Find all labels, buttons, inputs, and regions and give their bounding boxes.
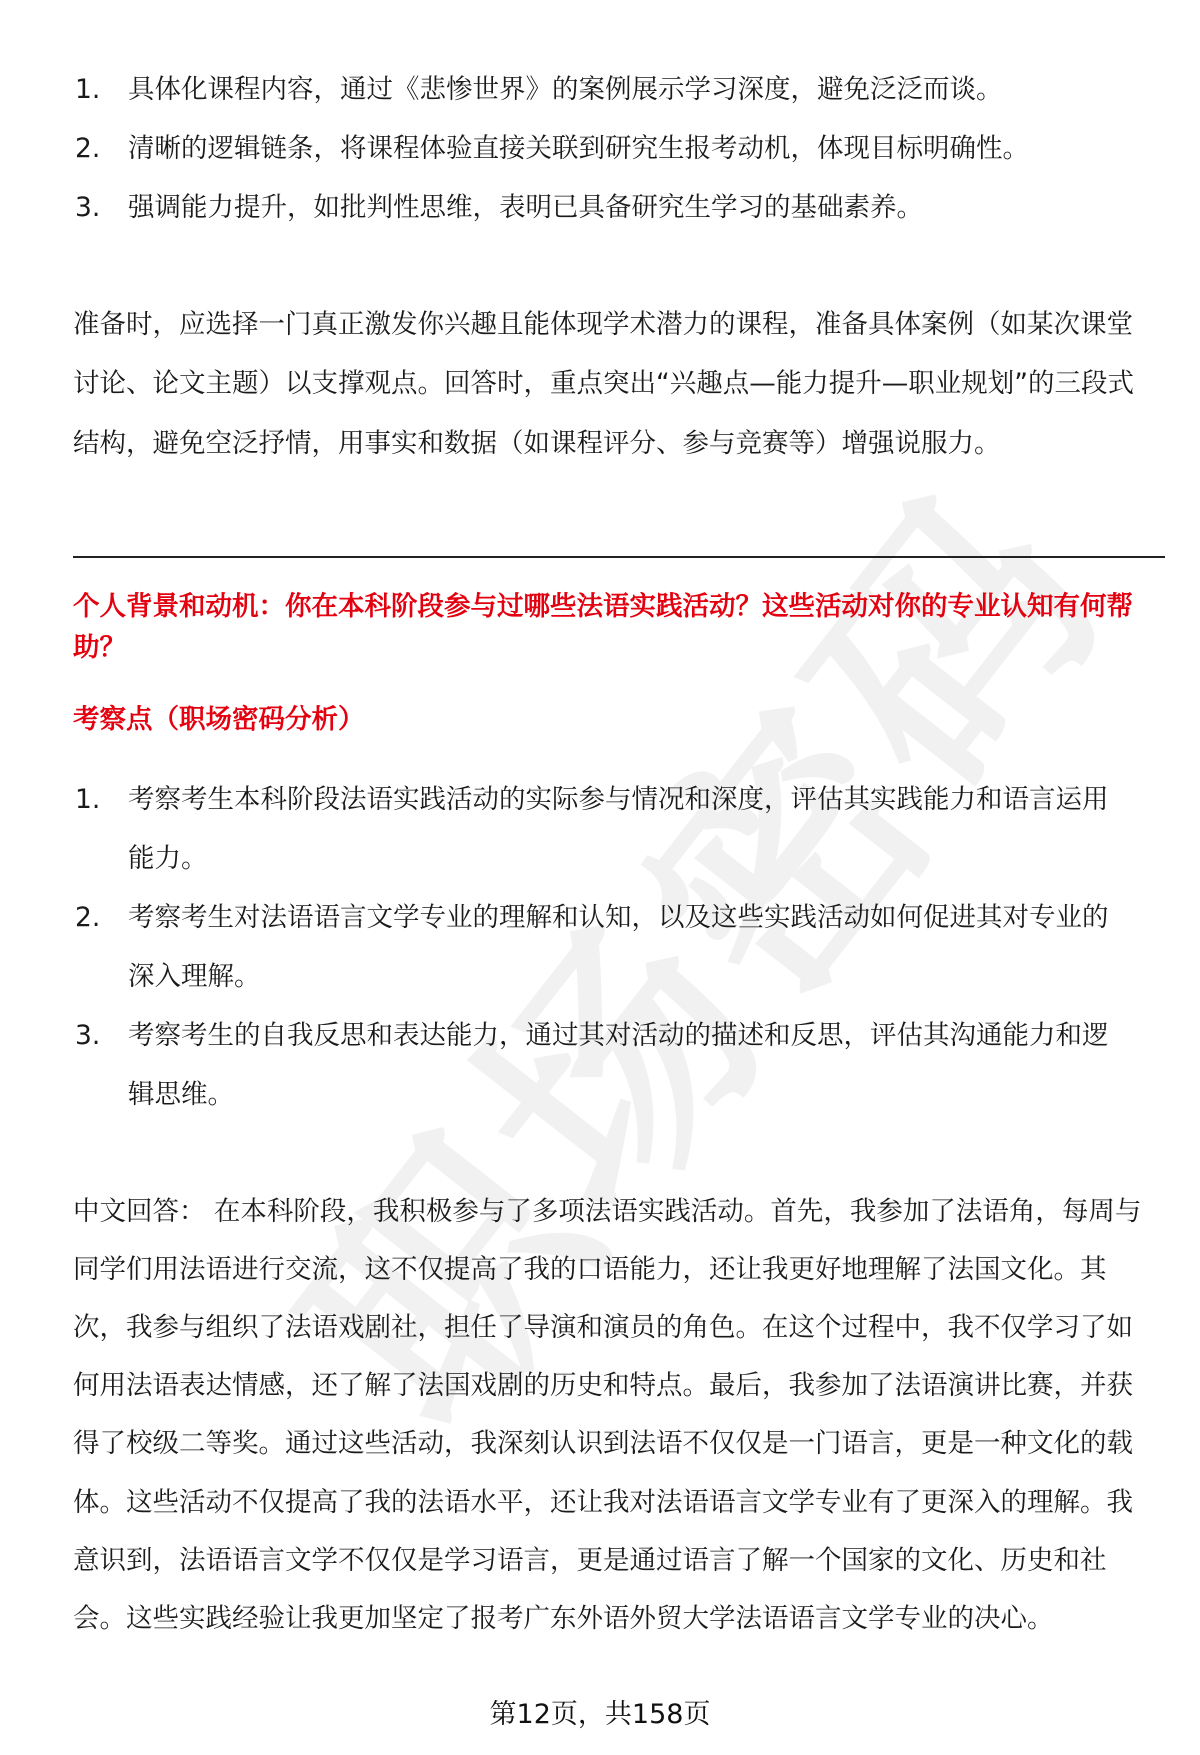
list-item: 1. 具体化课程内容，通过《悲惨世界》的案例展示学习深度，避免泛泛而谈。 bbox=[73, 60, 1128, 119]
list-number: 3. bbox=[75, 178, 100, 237]
list-item: 2. 考察考生对法语语言文学专业的理解和认知，以及这些实践活动如何促进其对专业的… bbox=[73, 888, 1128, 1006]
analysis-subheading: 考察点（职场密码分析） bbox=[73, 700, 365, 740]
list-item: 1. 考察考生本科阶段法语实践活动的实际参与情况和深度，评估其实践能力和语言运用… bbox=[73, 770, 1128, 888]
list-item-text: 具体化课程内容，通过《悲惨世界》的案例展示学习深度，避免泛泛而谈。 bbox=[128, 74, 1003, 105]
list-item: 3. 考察考生的自我反思和表达能力，通过其对活动的描述和反思，评估其沟通能力和逻… bbox=[73, 1006, 1128, 1124]
list-item: 2. 清晰的逻辑链条，将课程体验直接关联到研究生报考动机，体现目标明确性。 bbox=[73, 119, 1128, 178]
page-number-footer: 第12页，共158页 bbox=[0, 1692, 1200, 1731]
analysis-points-list: 1. 考察考生本科阶段法语实践活动的实际参与情况和深度，评估其实践能力和语言运用… bbox=[73, 770, 1128, 1124]
list-number: 1. bbox=[75, 770, 100, 829]
list-item-text: 考察考生本科阶段法语实践活动的实际参与情况和深度，评估其实践能力和语言运用能力。 bbox=[128, 784, 1109, 874]
chinese-answer-paragraph: 中文回答： 在本科阶段，我积极参与了多项法语实践活动。首先，我参加了法语角，每周… bbox=[73, 1183, 1148, 1649]
section-divider bbox=[73, 556, 1165, 558]
list-item-text: 考察考生对法语语言文学专业的理解和认知，以及这些实践活动如何促进其对专业的深入理… bbox=[128, 902, 1109, 992]
list-item-text: 清晰的逻辑链条，将课程体验直接关联到研究生报考动机，体现目标明确性。 bbox=[128, 133, 1029, 164]
intro-numbered-list: 1. 具体化课程内容，通过《悲惨世界》的案例展示学习深度，避免泛泛而谈。 2. … bbox=[73, 60, 1128, 237]
list-number: 2. bbox=[75, 888, 100, 947]
list-number: 3. bbox=[75, 1006, 100, 1065]
list-item-text: 强调能力提升，如批判性思维，表明已具备研究生学习的基础素养。 bbox=[128, 192, 923, 223]
list-item: 3. 强调能力提升，如批判性思维，表明已具备研究生学习的基础素养。 bbox=[73, 178, 1128, 237]
question-heading: 个人背景和动机：你在本科阶段参与过哪些法语实践活动？这些活动对你的专业认知有何帮… bbox=[73, 586, 1153, 668]
list-number: 2. bbox=[75, 119, 100, 178]
list-item-text: 考察考生的自我反思和表达能力，通过其对活动的描述和反思，评估其沟通能力和逻辑思维… bbox=[128, 1020, 1109, 1110]
list-number: 1. bbox=[75, 60, 100, 119]
preparation-tip-paragraph: 准备时，应选择一门真正激发你兴趣且能体现学术潜力的课程，准备具体案例（如某次课堂… bbox=[73, 295, 1148, 474]
